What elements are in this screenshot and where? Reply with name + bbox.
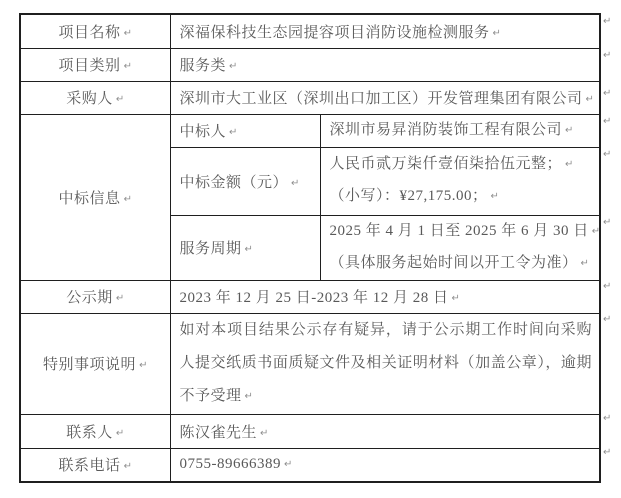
- contact-person-value: 陈汉雀先生: [180, 425, 258, 441]
- paragraph-mark: ↵: [586, 94, 594, 105]
- paragraph-mark: ↵: [124, 461, 132, 472]
- table-row: 联系电话↵ 0755-89666389↵: [20, 448, 600, 482]
- table-row: 联系人↵ 陈汉雀先生↵: [20, 414, 600, 448]
- row-end-mark: ↵: [603, 149, 611, 160]
- table-row: 项目名称↵ 深福保科技生态园提容项目消防设施检测服务↵: [20, 14, 600, 48]
- bid-amount-label-cell: 中标金额（元）↵: [170, 147, 320, 215]
- contact-person-label-cell: 联系人↵: [20, 414, 170, 448]
- project-name-label: 项目名称: [59, 25, 121, 41]
- publicity-period-value: 2023 年 12 月 25 日-2023 年 12 月 28 日: [180, 290, 449, 306]
- winner-value: 深圳市易昇消防装饰工程有限公司: [330, 122, 563, 138]
- purchaser-label: 采购人: [66, 91, 113, 107]
- row-end-mark: ↵: [603, 16, 611, 27]
- paragraph-mark: ↵: [581, 248, 589, 279]
- paragraph-mark: ↵: [491, 181, 499, 212]
- table-row: 采购人↵ 深圳市大工业区（深圳出口加工区）开发管理集团有限公司↵: [20, 81, 600, 114]
- paragraph-mark: ↵: [245, 380, 253, 413]
- service-period-value-cell: 2025 年 4 月 1 日至 2025 年 6 月 30 日↵ （具体服务起始…: [320, 215, 600, 280]
- paragraph-mark: ↵: [139, 360, 147, 371]
- table-row: 特别事项说明↵ 如对本项目结果公示存有疑异，请于公示期工作时间向采购人提交纸质书…: [20, 313, 600, 414]
- service-period-note: （具体服务起始时间以开工令为准）: [330, 255, 578, 271]
- contact-person-value-cell: 陈汉雀先生↵: [170, 414, 600, 448]
- paragraph-mark: ↵: [229, 127, 237, 138]
- paragraph-mark: ↵: [592, 216, 600, 247]
- winner-label: 中标人: [180, 124, 227, 140]
- special-notes-value: 如对本项目结果公示存有疑异，请于公示期工作时间向采购人提交纸质书面质疑文件及相关…: [180, 322, 593, 404]
- winner-label-cell: 中标人↵: [170, 114, 320, 147]
- project-name-value: 深福保科技生态园提容项目消防设施检测服务: [180, 25, 490, 41]
- paragraph-mark: ↵: [260, 428, 268, 439]
- row-end-mark: ↵: [603, 447, 611, 458]
- winner-value-cell: 深圳市易昇消防装饰工程有限公司↵: [320, 114, 600, 147]
- paragraph-mark: ↵: [291, 178, 299, 189]
- paragraph-mark: ↵: [493, 28, 501, 39]
- project-category-label-cell: 项目类别↵: [20, 48, 170, 81]
- project-category-label: 项目类别: [59, 58, 121, 74]
- purchaser-value-cell: 深圳市大工业区（深圳出口加工区）开发管理集团有限公司↵: [170, 81, 600, 114]
- bid-result-table: 项目名称↵ 深福保科技生态园提容项目消防设施检测服务↵ 项目类别↵ 服务类↵ 采…: [19, 13, 601, 483]
- special-notes-label: 特别事项说明: [43, 357, 136, 373]
- bid-amount-figures: （小写）：¥27,175.00；: [330, 188, 488, 204]
- special-notes-label-cell: 特别事项说明↵: [20, 313, 170, 414]
- project-name-label-cell: 项目名称↵: [20, 14, 170, 48]
- purchaser-label-cell: 采购人↵: [20, 81, 170, 114]
- paragraph-mark: ↵: [124, 28, 132, 39]
- row-end-mark: ↵: [603, 116, 611, 127]
- paragraph-mark: ↵: [565, 149, 573, 180]
- bid-amount-label: 中标金额（元）: [180, 175, 289, 191]
- row-end-mark: ↵: [603, 217, 611, 228]
- contact-phone-value: 0755-89666389: [180, 456, 282, 472]
- table-row: 项目类别↵ 服务类↵: [20, 48, 600, 81]
- service-period-label-cell: 服务周期↵: [170, 215, 320, 280]
- row-end-mark: ↵: [603, 314, 611, 325]
- paragraph-mark: ↵: [284, 459, 292, 470]
- bid-info-label-cell: 中标信息↵: [20, 114, 170, 280]
- bid-amount-words: 人民币贰万柒仟壹佰柒拾伍元整；: [330, 156, 563, 172]
- paragraph-mark: ↵: [124, 194, 132, 205]
- table-row: 公示期↵ 2023 年 12 月 25 日-2023 年 12 月 28 日↵: [20, 280, 600, 313]
- publicity-period-label: 公示期: [66, 290, 113, 306]
- contact-phone-label-cell: 联系电话↵: [20, 448, 170, 482]
- contact-person-label: 联系人: [66, 425, 113, 441]
- row-end-mark: ↵: [603, 413, 611, 424]
- paragraph-mark: ↵: [229, 61, 237, 72]
- paragraph-mark: ↵: [124, 61, 132, 72]
- row-end-mark: ↵: [603, 281, 611, 292]
- row-end-mark: ↵: [603, 50, 611, 61]
- project-category-value-cell: 服务类↵: [170, 48, 600, 81]
- paragraph-mark: ↵: [245, 244, 253, 255]
- service-period-label: 服务周期: [180, 241, 242, 257]
- bid-result-document: 项目名称↵ 深福保科技生态园提容项目消防设施检测服务↵ 项目类别↵ 服务类↵ 采…: [0, 0, 621, 498]
- special-notes-value-cell: 如对本项目结果公示存有疑异，请于公示期工作时间向采购人提交纸质书面质疑文件及相关…: [170, 313, 600, 414]
- project-name-value-cell: 深福保科技生态园提容项目消防设施检测服务↵: [170, 14, 600, 48]
- row-end-mark: ↵: [603, 88, 611, 99]
- project-category-value: 服务类: [180, 58, 227, 74]
- purchaser-value: 深圳市大工业区（深圳出口加工区）开发管理集团有限公司: [180, 91, 583, 107]
- bid-amount-value-cell: 人民币贰万柒仟壹佰柒拾伍元整；↵ （小写）：¥27,175.00；↵: [320, 147, 600, 215]
- paragraph-mark: ↵: [116, 94, 124, 105]
- table-row: 中标信息↵ 中标人↵ 深圳市易昇消防装饰工程有限公司↵: [20, 114, 600, 147]
- service-period-dates: 2025 年 4 月 1 日至 2025 年 6 月 30 日: [330, 223, 589, 239]
- contact-phone-value-cell: 0755-89666389↵: [170, 448, 600, 482]
- publicity-period-label-cell: 公示期↵: [20, 280, 170, 313]
- paragraph-mark: ↵: [565, 115, 573, 146]
- paragraph-mark: ↵: [116, 428, 124, 439]
- paragraph-mark: ↵: [452, 293, 460, 304]
- publicity-period-value-cell: 2023 年 12 月 25 日-2023 年 12 月 28 日↵: [170, 280, 600, 313]
- bid-info-label: 中标信息: [59, 191, 121, 207]
- paragraph-mark: ↵: [116, 293, 124, 304]
- contact-phone-label: 联系电话: [59, 458, 121, 474]
